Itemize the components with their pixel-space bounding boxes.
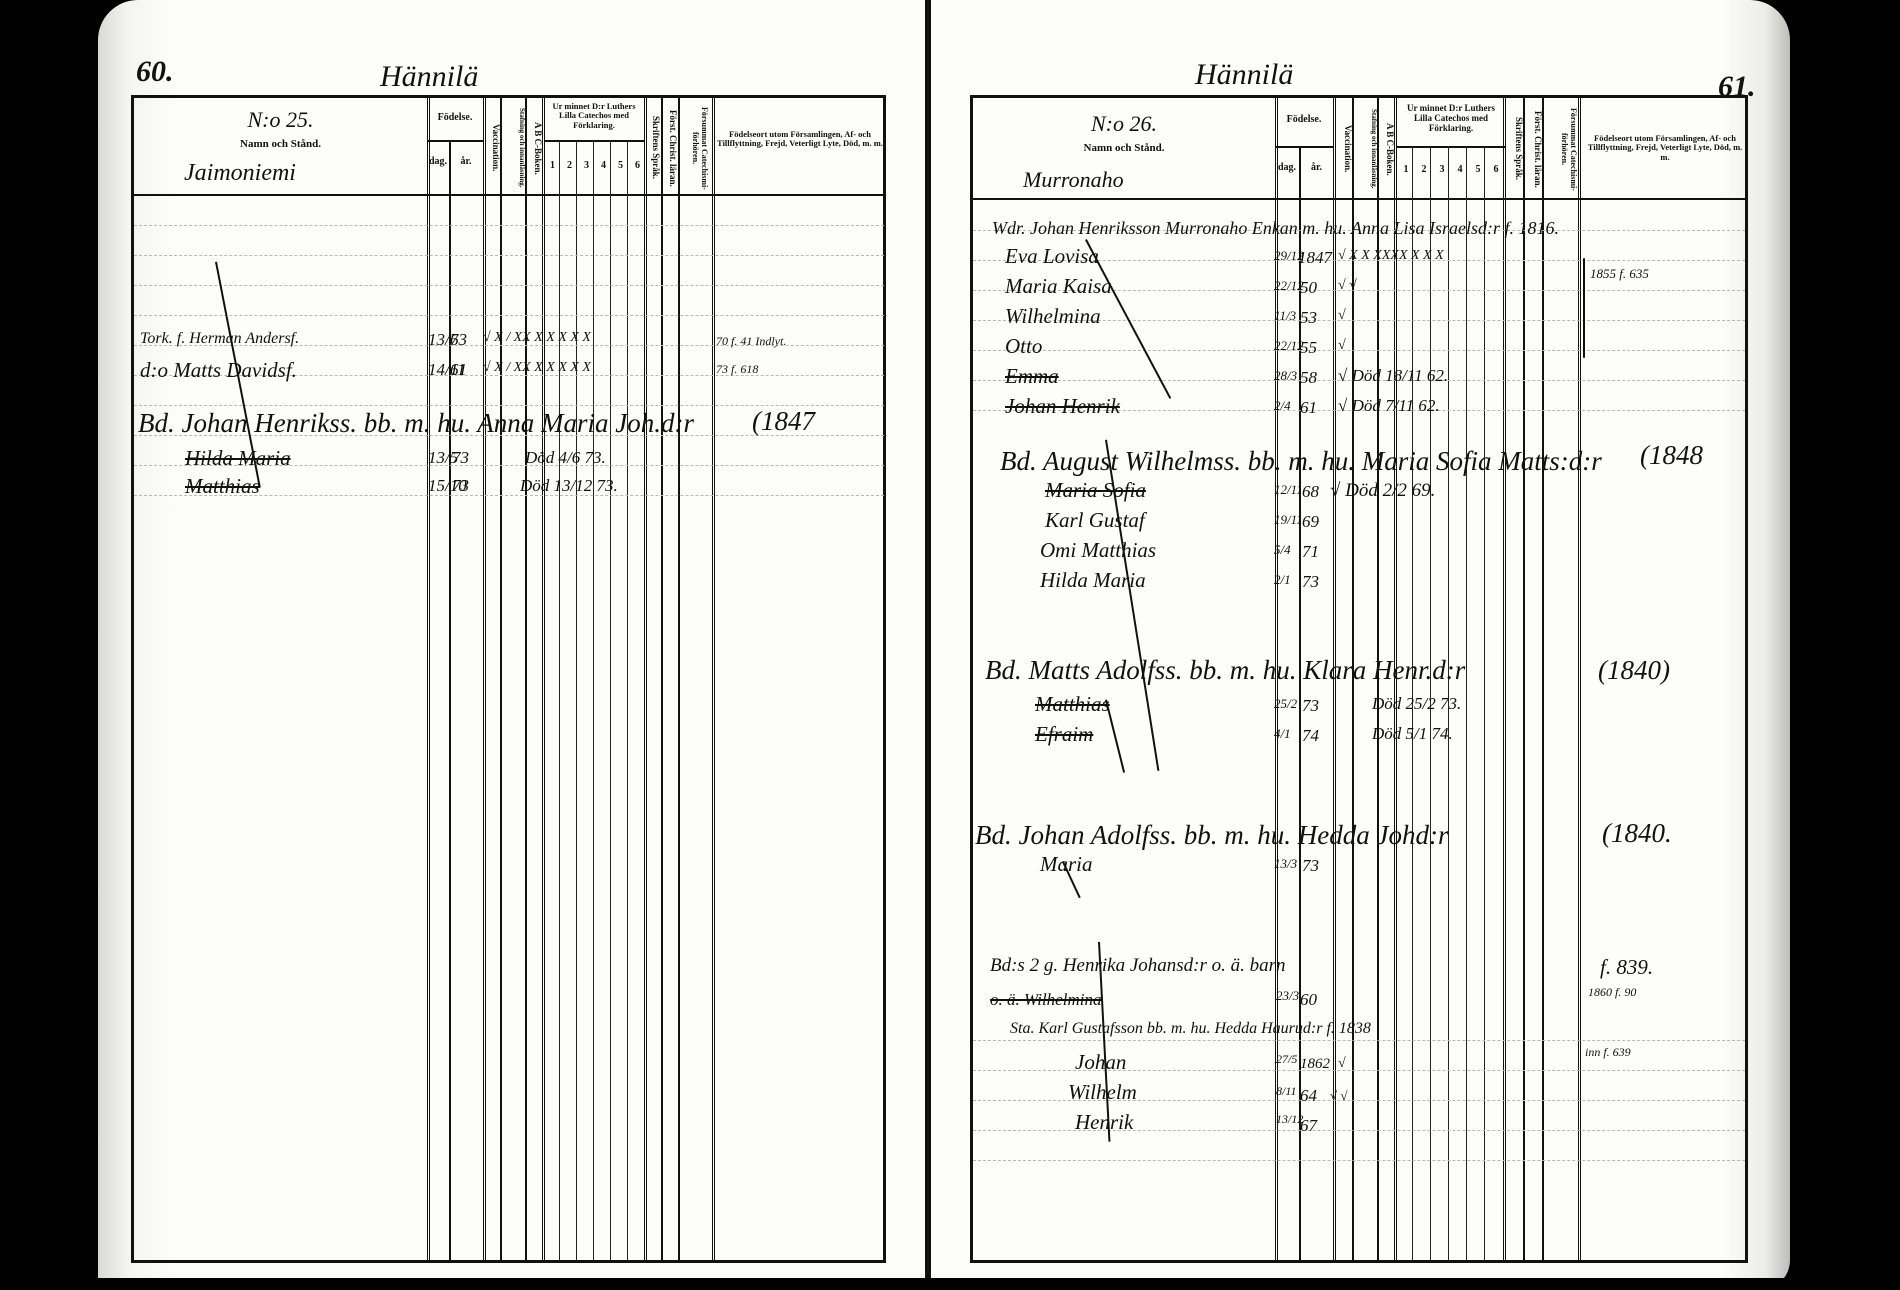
entry-birth-year: 73 <box>1302 696 1319 716</box>
entry-death-note: Död 4/6 73. <box>525 448 606 468</box>
entry-remarks: (1840) <box>1598 655 1670 686</box>
entry-death-note: √ Död 7/11 62. <box>1338 396 1440 416</box>
entry-birth-day: 23/3 <box>1276 988 1299 1004</box>
entry-marks: √ X / XX X X X X X <box>483 330 591 346</box>
entry-birth-day: 13/3 <box>1274 856 1297 872</box>
right-table-header: N:o 26. Namn och Stånd. Murronaho Födels… <box>973 98 1745 200</box>
birth-day-header: dag. <box>1275 162 1299 173</box>
entry-birth-year: 74 <box>1302 726 1319 746</box>
entry-name: Johan Henrik <box>1005 394 1120 419</box>
entry-name: Wdr. Johan Henriksson Murronaho Enkan m.… <box>992 218 1559 239</box>
spelling-header: Stafning och innanläsning. <box>503 104 525 192</box>
birth-year-header: år. <box>449 156 483 167</box>
entry-name: Emma <box>1005 364 1059 389</box>
remarks-header: Födelseort utom Församlingen, Af- och Ti… <box>1583 134 1747 162</box>
entry-birth-day: 4/1 <box>1274 726 1291 742</box>
entry-birth-year: 58 <box>1300 368 1317 388</box>
right-village-name: Hännilä <box>1195 58 1293 92</box>
entry-name: Efraim <box>1035 722 1093 747</box>
book-gutter <box>925 0 931 1290</box>
entry-birth-year: 60 <box>1300 990 1317 1010</box>
catechism-header: Ur minnet D:r Luthers Lilla Catechos med… <box>544 102 644 130</box>
entry-name: Otto <box>1005 334 1042 359</box>
scripture-header: Skriftens Språk. <box>1507 104 1523 194</box>
catechism-part-5: 5 <box>1469 164 1487 175</box>
entry-death-note: √ Död 18/11 62. <box>1338 366 1448 386</box>
entry-birth-day: 27/5 <box>1276 1052 1297 1067</box>
name-column-header: Namn och Stånd. <box>973 142 1275 154</box>
entry-marks: √ √ <box>1338 278 1357 294</box>
entry-remarks: f. 839. <box>1600 955 1653 980</box>
entry-birth-year: 68 <box>1302 482 1319 502</box>
entry-birth-day: 11/3 <box>1274 308 1296 324</box>
left-village-name: Hännilä <box>380 60 478 94</box>
entry-name: Johan <box>1075 1050 1126 1075</box>
entry-death-note: Död 25/2 73. <box>1372 694 1461 714</box>
entry-name: Bd:s 2 g. Henrika Johansd:r o. ä. barn <box>990 955 1286 977</box>
catechism-part-4: 4 <box>595 160 612 171</box>
entry-birth-year: 64 <box>1300 1086 1317 1106</box>
entry-name: o. ä. Wilhelmina <box>990 990 1101 1010</box>
entry-birth-year: 53 <box>1300 308 1317 328</box>
catechism-part-3: 3 <box>1433 164 1451 175</box>
entry-marks: √ <box>1338 308 1346 324</box>
vaccination-header: Vaccination. <box>486 104 500 192</box>
scripture-header: Skriftens Språk. <box>646 104 660 192</box>
missed-examinations-header: Försummat Catechismi-förhören. <box>1545 104 1577 194</box>
entry-birth-day: 2/1 <box>1274 572 1291 588</box>
entry-name: Matthias <box>185 474 260 499</box>
spelling-header: Stafning och innanläsning. <box>1355 104 1377 194</box>
entry-marks: √ X / XX X X X X X <box>483 360 591 376</box>
birth-year-header: år. <box>1300 162 1333 173</box>
entry-birth-year: 69 <box>1302 512 1319 532</box>
birth-day-header: dag. <box>427 156 449 167</box>
entry-birth-day: 5/4 <box>1274 542 1291 558</box>
page-bottom-edge <box>98 1278 1798 1290</box>
entry-remarks: inn f. 639 <box>1585 1045 1631 1060</box>
entry-birth-day: 25/2 <box>1274 696 1297 712</box>
entry-remarks: (1847 <box>752 406 815 437</box>
entry-birth-day: 2/4 <box>1274 398 1291 414</box>
farm-name: Jaimoniemi <box>184 160 296 186</box>
entry-death-note: Död 13/12 73. <box>520 476 618 496</box>
missed-examinations-header: Försummat Catechismi-förhören. <box>680 104 708 192</box>
entry-birth-year: 61 <box>1300 398 1317 418</box>
entry-birth-year: 1847 <box>1298 248 1332 268</box>
entry-remarks: 1855 f. 635 <box>1590 266 1649 282</box>
left-page-number: 60. <box>136 55 174 89</box>
vaccination-header: Vaccination. <box>1336 104 1352 194</box>
entry-name: Matthias <box>1035 692 1110 717</box>
entry-birth-year: 73 <box>452 448 469 468</box>
entry-birth-year: 61 <box>450 360 467 380</box>
entry-name: Maria Sofia <box>1045 478 1146 503</box>
entry-birth-day: 12/11 <box>1274 482 1303 498</box>
entry-name: Karl Gustaf <box>1045 508 1145 533</box>
entry-name: Maria Kaisa <box>1005 274 1112 299</box>
entry-name: Wilhelm <box>1068 1080 1137 1105</box>
entry-name: Bd. Matts Adolfss. bb. m. hu. Klara Henr… <box>985 655 1465 686</box>
entry-marks: √ <box>1338 338 1346 354</box>
entry-name: Bd. Johan Henrikss. bb. m. hu. Anna Mari… <box>138 408 694 439</box>
entry-marks: √ √ <box>1330 1088 1348 1104</box>
entry-death-note: √ Död 2/2 69. <box>1330 480 1435 502</box>
catechism-part-2: 2 <box>561 160 578 171</box>
entry-birth-year: 1862 <box>1300 1056 1330 1073</box>
entry-name: Wilhelmina <box>1005 304 1101 329</box>
catechism-header: Ur minnet D:r Luthers Lilla Catechos med… <box>1397 104 1505 134</box>
entry-birth-day: 8/11 <box>1276 1084 1296 1099</box>
entry-birth-year: 73 <box>1302 856 1319 876</box>
household-number: N:o 26. <box>973 112 1275 136</box>
left-register-table: N:o 25. Namn och Stånd. Jaimoniemi Födel… <box>131 95 886 1263</box>
entry-death-note: Död 5/1 74. <box>1372 724 1453 744</box>
entry-birth-year: 73 <box>452 476 469 496</box>
entry-name: Bd. August Wilhelmss. bb. m. hu. Maria S… <box>1000 446 1602 477</box>
entry-birth-day: 19/11 <box>1274 512 1303 528</box>
catechism-part-3: 3 <box>578 160 595 171</box>
catechism-part-1: 1 <box>544 160 561 171</box>
entry-name: Omi Matthias <box>1040 538 1156 563</box>
birth-header: Födelse. <box>1275 114 1333 125</box>
entry-remarks: 73 f. 618 <box>716 362 758 377</box>
entry-remarks: (1840. <box>1602 818 1672 849</box>
abc-book-header: A B C-Boken. <box>1380 104 1394 194</box>
catechism-part-5: 5 <box>612 160 629 171</box>
remarks-header: Födelseort utom Församlingen, Af- och Ti… <box>716 130 884 149</box>
catechism-part-4: 4 <box>1451 164 1469 175</box>
entry-name: Hilda Maria <box>185 446 291 471</box>
entry-name: Bd. Johan Adolfss. bb. m. hu. Hedda Johd… <box>975 820 1448 851</box>
entry-name: Henrik <box>1075 1110 1133 1135</box>
christian-doctrine-header: Först. Christ. läran. <box>1526 104 1542 194</box>
entry-birth-day: 28/3 <box>1274 368 1297 384</box>
entry-name: d:o Matts Davidsf. <box>140 358 297 383</box>
entry-birth-year: 73 <box>1302 572 1319 592</box>
christian-doctrine-header: Först. Christ. läran. <box>663 104 677 192</box>
entry-birth-year: 55 <box>1300 338 1317 358</box>
entry-birth-year: 63 <box>450 330 467 350</box>
birth-header: Födelse. <box>427 112 483 123</box>
entry-remarks: (1848 <box>1640 440 1703 471</box>
entry-marks: √ X X XXXX X X X <box>1338 248 1444 264</box>
catechism-part-1: 1 <box>1397 164 1415 175</box>
entry-name: Tork. f. Herman Andersf. <box>140 330 299 348</box>
entry-remarks: 1860 f. 90 <box>1588 985 1636 1000</box>
bracket-mark <box>1583 258 1585 358</box>
left-table-header: N:o 25. Namn och Stånd. Jaimoniemi Födel… <box>134 98 883 196</box>
entry-remarks: 70 f. 41 Indlyt. <box>716 334 786 349</box>
entry-marks: √ <box>1338 1056 1346 1072</box>
farm-name: Murronaho <box>1023 168 1124 192</box>
catechism-part-6: 6 <box>1487 164 1505 175</box>
name-column-header: Namn och Stånd. <box>134 138 427 150</box>
entry-birth-year: 71 <box>1302 542 1319 562</box>
catechism-part-2: 2 <box>1415 164 1433 175</box>
household-number: N:o 25. <box>134 108 427 132</box>
entry-birth-year: 50 <box>1300 278 1317 298</box>
abc-book-header: A B C-Boken. <box>528 104 542 192</box>
catechism-part-6: 6 <box>629 160 646 171</box>
entry-birth-year: 67 <box>1300 1116 1317 1136</box>
entry-name: Eva Lovisa <box>1005 244 1099 269</box>
entry-name: Sta. Karl Gustafsson bb. m. hu. Hedda Ha… <box>1010 1020 1371 1038</box>
